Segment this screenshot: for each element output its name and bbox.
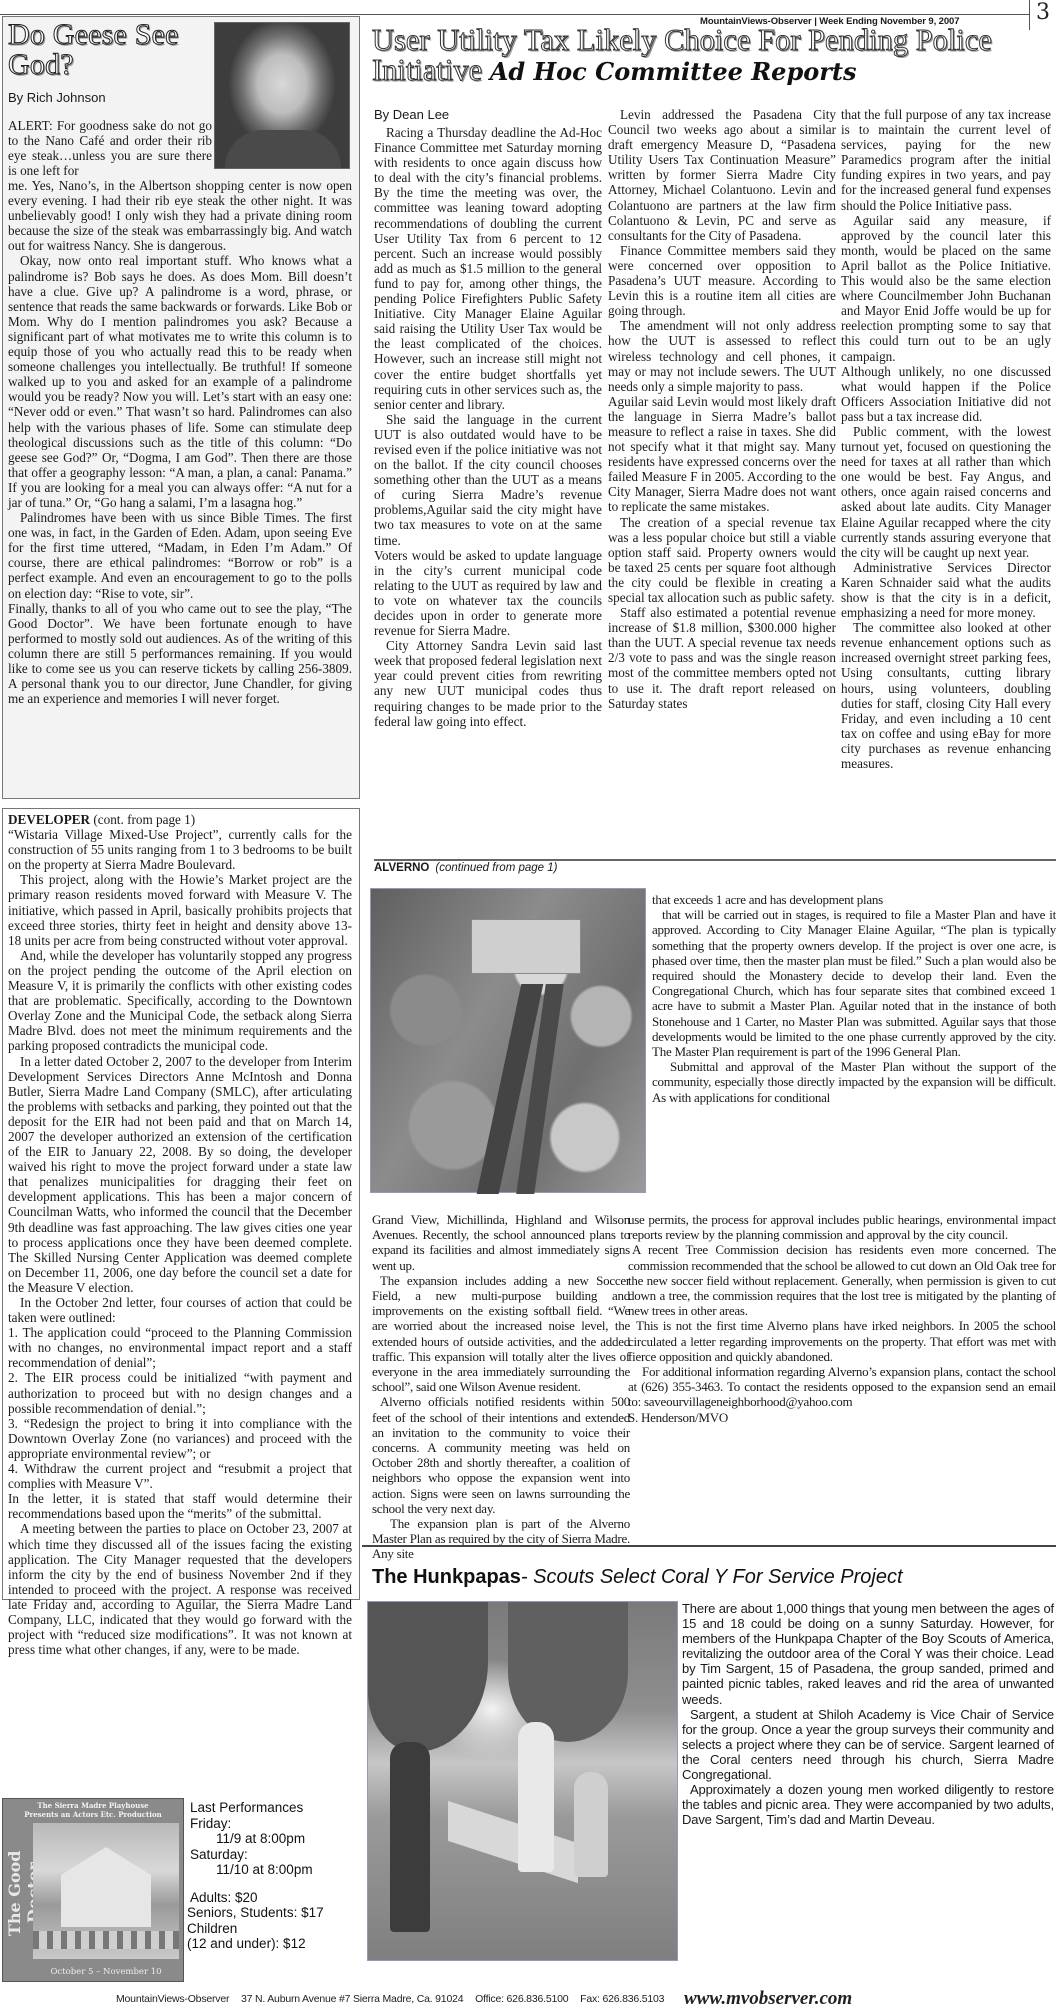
alverno-right-top: that exceeds 1 acre and has development … <box>652 892 1056 1105</box>
uut-paragraph: Public comment, with the lowest turnout … <box>841 424 1051 560</box>
geese-title-line2: God? <box>8 50 213 80</box>
performance-time: 11/10 at 8:00pm <box>190 1862 355 1878</box>
alverno-paragraph: Submittal and approval of the Master Pla… <box>652 1059 1056 1105</box>
poster-dates: October 5 – November 10 <box>33 1967 179 1977</box>
uut-paragraph: Although unlikely, no one discussed what… <box>841 364 1051 424</box>
developer-list-item: 1. The application could “proceed to the… <box>8 1325 352 1370</box>
alverno-paragraph: use permits, the process for approval in… <box>628 1212 1056 1242</box>
performance-day: Friday: <box>190 1816 355 1832</box>
alverno-paragraph: A recent Tree Commission decision has re… <box>628 1242 1056 1318</box>
hunkpapas-headline-bold: The Hunkpapas <box>372 1566 521 1588</box>
developer-paragraph: And, while the developer has voluntarily… <box>8 948 352 1054</box>
alverno-paragraph: The expansion includes adding a new Socc… <box>372 1273 630 1395</box>
poster-title: The Good Doctor <box>5 1823 29 1963</box>
section-divider <box>374 859 1056 861</box>
photo-scout <box>390 1742 430 1932</box>
geese-body: me. Yes, Nano’s, in the Albertson shoppi… <box>8 178 352 706</box>
uut-paragraph: Staff also estimated a potential revenue… <box>608 605 836 711</box>
developer-paragraph: “Wistaria Village Mixed-Use Project”, cu… <box>8 827 352 872</box>
uut-paragraph: City Attorney Sandra Levin said last wee… <box>374 638 602 729</box>
uut-paragraph: Levin addressed the Pasadena City Counci… <box>608 107 836 243</box>
scouts-photo <box>367 1601 678 1961</box>
alverno-paragraph: The expansion plan is part of the Alvern… <box>372 1516 630 1562</box>
hunkpapas-headline-italic: - Scouts Select Coral Y For Service Proj… <box>521 1566 903 1588</box>
poster-header-line2: Presents an Actors Etc. Production <box>3 1810 183 1819</box>
footer-office-phone: Office: 626.836.5100 <box>475 1993 568 2005</box>
footer-address: 37 N. Auburn Avenue #7 Sierra Madre, Ca.… <box>241 1993 463 2005</box>
uut-paragraph: The committee also looked at other reven… <box>841 620 1051 771</box>
alverno-signature: S. Henderson/MVO <box>628 1410 1056 1425</box>
performance-info: Last Performances Friday: 11/9 at 8:00pm… <box>190 1800 355 1952</box>
good-doctor-poster: The Sierra Madre Playhouse Presents an A… <box>2 1798 184 1982</box>
performance-heading: Last Performances <box>190 1800 355 1816</box>
poster-header-line1: The Sierra Madre Playhouse <box>3 1801 183 1810</box>
hunkpapas-paragraph: There are about 1,000 things that young … <box>682 1601 1054 1707</box>
uut-paragraph: She said the language in the current UUT… <box>374 412 602 548</box>
aerial-building <box>471 919 581 974</box>
poster-header: The Sierra Madre Playhouse Presents an A… <box>3 1801 183 1819</box>
developer-list-item: 4. Withdraw the current project and “res… <box>8 1461 352 1491</box>
alverno-right-bottom: use permits, the process for approval in… <box>628 1212 1056 1425</box>
geese-column-title: Do Geese See God? <box>8 20 213 80</box>
poster-house <box>61 1847 151 1927</box>
uut-paragraph: Racing a Thursday deadline the Ad-Hoc Fi… <box>374 125 602 412</box>
geese-byline: By Rich Johnson <box>8 90 106 105</box>
photo-scout <box>518 1722 554 1872</box>
developer-list-item: 3. “Redesign the project to bring it int… <box>8 1416 352 1461</box>
uut-column-1: Racing a Thursday deadline the Ad-Hoc Fi… <box>374 125 602 729</box>
developer-list-item: 2. The EIR process could be initialized … <box>8 1370 352 1415</box>
uut-column-3: that the full purpose of any tax increas… <box>841 107 1051 771</box>
price-adults: Adults: $20 <box>190 1890 355 1906</box>
alverno-paragraph: that will be carried out in stages, is r… <box>652 907 1056 1059</box>
uut-paragraph: Administrative Services Director Karen S… <box>841 560 1051 620</box>
uut-headline: User Utility Tax Likely Choice For Pendi… <box>372 25 1052 87</box>
photo-tree <box>508 1602 628 1742</box>
geese-paragraph: Finally, thanks to all of you who came o… <box>8 601 352 707</box>
alverno-paragraph: that exceeds 1 acre and has development … <box>652 892 1056 907</box>
uut-paragraph: The amendment will not only address how … <box>608 318 836 393</box>
alverno-paragraph: This is not the first time Alverno plans… <box>628 1318 1056 1364</box>
price-seniors: Seniors, Students: $17 <box>187 1905 355 1921</box>
developer-paragraph: In the October 2nd letter, four courses … <box>8 1295 352 1325</box>
price-children: Children <box>187 1921 355 1937</box>
photo-scout <box>574 1772 608 1877</box>
poster-artwork <box>33 1823 179 1959</box>
footer-website-link[interactable]: www.mvobserver.com <box>684 1988 852 2009</box>
uut-column-2: Levin addressed the Pasadena City Counci… <box>608 107 836 711</box>
developer-paragraph: In the letter, it is stated that staff w… <box>8 1491 352 1521</box>
section-divider <box>362 1545 1056 1547</box>
developer-article: DEVELOPER (cont. from page 1) “Wistaria … <box>8 812 352 1657</box>
hunkpapas-paragraph: Approximately a dozen young men worked d… <box>682 1782 1054 1827</box>
performance-day: Saturday: <box>190 1847 355 1863</box>
developer-paragraph: This project, along with the Howie’s Mar… <box>8 872 352 947</box>
geese-title-line1: Do Geese See <box>8 20 213 50</box>
price-children-age: (12 and under): $12 <box>187 1936 355 1952</box>
alverno-paragraph: For additional information regarding Alv… <box>628 1364 1056 1410</box>
top-rule <box>0 14 1030 15</box>
photo-tree <box>368 1602 488 1752</box>
uut-headline-sub: Ad Hoc Committee Reports <box>490 57 857 86</box>
geese-paragraph: me. Yes, Nano’s, in the Albertson shoppi… <box>8 178 352 253</box>
developer-paragraph: A meeting between the parties to place o… <box>8 1521 352 1657</box>
uut-paragraph: Aguilar said Levin would most likely dra… <box>608 394 836 515</box>
geese-lead: ALERT: For goodness sake do not go to th… <box>8 118 212 178</box>
alverno-paragraph: Grand View, Michillinda, Highland and Wi… <box>372 1212 630 1273</box>
uut-paragraph: The creation of a special revenue tax wa… <box>608 515 836 606</box>
page-footer: MountainViews-Observer 37 N. Auburn Aven… <box>116 1988 861 2010</box>
alverno-aerial-photo <box>370 888 646 1193</box>
hunkpapas-paragraph: Sargent, a student at Shiloh Academy is … <box>682 1707 1054 1782</box>
alverno-left-bottom: Grand View, Michillinda, Highland and Wi… <box>372 1212 630 1562</box>
alverno-kicker-label: ALVERNO <box>374 862 429 874</box>
uut-byline: By Dean Lee <box>374 107 449 122</box>
author-photo <box>214 22 350 169</box>
poster-fence <box>33 1931 179 1949</box>
footer-publication: MountainViews-Observer <box>116 1993 229 2005</box>
uut-paragraph: Voters would be asked to update language… <box>374 548 602 639</box>
page-number: 3 <box>1036 0 1050 25</box>
uut-paragraph: Aguilar said any measure, if approved by… <box>841 213 1051 364</box>
developer-continued: (cont. from page 1) <box>93 812 195 827</box>
alverno-continued: (continued from page 1) <box>435 862 557 874</box>
hunkpapas-headline: The Hunkpapas- Scouts Select Coral Y For… <box>372 1566 903 1589</box>
uut-paragraph: Finance Committee members said they were… <box>608 243 836 318</box>
uut-paragraph: that the full purpose of any tax increas… <box>841 107 1051 213</box>
footer-fax: Fax: 626.836.5103 <box>580 1993 664 2005</box>
alverno-kicker: ALVERNO(continued from page 1) <box>374 862 557 874</box>
alverno-paragraph: Alverno officials notified residents wit… <box>372 1394 630 1516</box>
author-shirt <box>225 130 341 168</box>
photo-picnic-table <box>448 1801 578 1883</box>
developer-kicker: DEVELOPER <box>8 812 90 827</box>
performance-time: 11/9 at 8:00pm <box>190 1831 355 1847</box>
developer-paragraph: In a letter dated October 2, 2007 to the… <box>8 1054 352 1296</box>
hunkpapas-body: There are about 1,000 things that young … <box>682 1601 1054 1827</box>
geese-paragraph: Palindromes have been with us since Bibl… <box>8 510 352 601</box>
geese-paragraph: Okay, now onto real important stuff. Who… <box>8 253 352 510</box>
